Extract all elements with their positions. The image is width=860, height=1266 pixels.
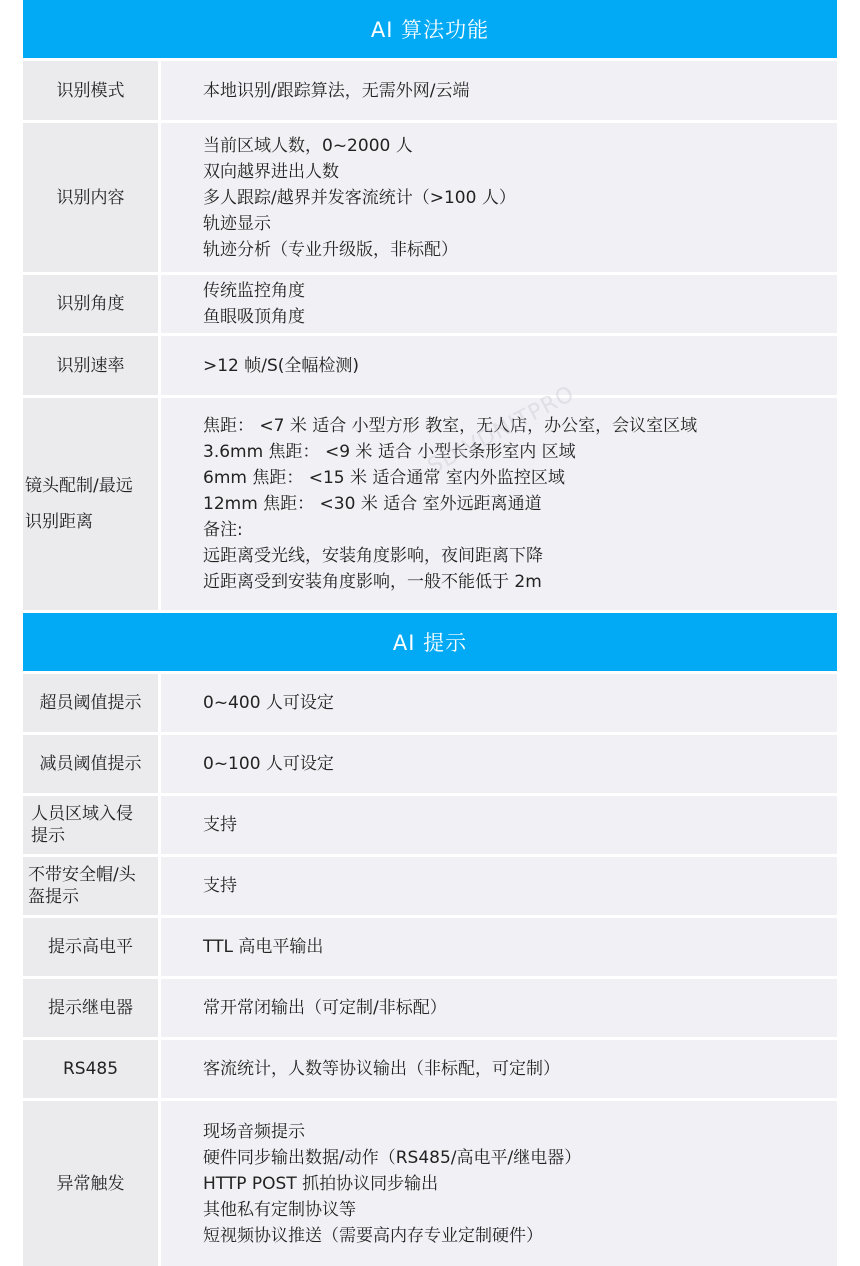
value-line: 硬件同步输出数据/动作（RS485/高电平/继电器） — [203, 1145, 837, 1171]
value-line: 传统监控角度 — [203, 278, 837, 304]
label-text: RS485 — [63, 1057, 118, 1081]
value-line: 客流统计，人数等协议输出（非标配，可定制） — [203, 1056, 837, 1082]
row-label: 识别内容 — [23, 123, 158, 272]
row-overcapacity-alert: 超员阈值提示 0~400 人可设定 — [23, 674, 837, 732]
label-text: 识别距离 — [25, 504, 133, 540]
row-lens-distance: 镜头配制/最远 识别距离 焦距： <7 米 适合 小型方形 教室，无人店，办公室… — [23, 398, 837, 610]
value-line: 远距离受光线，安装角度影响，夜间距离下降 — [203, 543, 837, 569]
row-high-level-alert: 提示高电平 TTL 高电平输出 — [23, 918, 837, 976]
row-value: 本地识别/跟踪算法，无需外网/云端 — [161, 61, 837, 120]
label-text: 减员阈值提示 — [40, 752, 142, 776]
value-line: 6mm 焦距： <15 米 适合通常 室内外监控区域 — [203, 465, 837, 491]
label-text: 提示继电器 — [48, 996, 133, 1020]
value-line: 0~400 人可设定 — [203, 690, 837, 716]
row-label: 识别模式 — [23, 61, 158, 120]
row-value: 常开常闭输出（可定制/非标配） — [161, 979, 837, 1037]
label-text: 识别内容 — [57, 186, 125, 210]
label-text: 人员区域入侵 — [31, 803, 133, 825]
row-label: RS485 — [23, 1040, 158, 1098]
label-text: 不带安全帽/头 — [28, 864, 136, 886]
label-text: 识别模式 — [57, 79, 125, 103]
row-value: 支持 — [161, 796, 837, 854]
label-text: 异常触发 — [57, 1172, 125, 1196]
value-line: 当前区域人数，0~2000 人 — [203, 133, 837, 159]
row-value: >12 帧/S(全幅检测) — [161, 336, 837, 395]
value-line: TTL 高电平输出 — [203, 934, 837, 960]
row-value: TTL 高电平输出 — [161, 918, 837, 976]
value-line: 近距离受到安装角度影响，一般不能低于 2m — [203, 569, 837, 595]
value-line: 0~100 人可设定 — [203, 751, 837, 777]
value-line: 轨迹分析（专业升级版，非标配） — [203, 237, 837, 263]
label-text: 镜头配制/最远 — [25, 468, 133, 504]
value-line: 本地识别/跟踪算法，无需外网/云端 — [203, 78, 837, 104]
value-line: 双向越界进出人数 — [203, 159, 837, 185]
row-recognition-mode: 识别模式 本地识别/跟踪算法，无需外网/云端 — [23, 61, 837, 120]
row-undercapacity-alert: 减员阈值提示 0~100 人可设定 — [23, 735, 837, 793]
row-label: 不带安全帽/头 盔提示 — [23, 857, 158, 915]
label-text: 盔提示 — [28, 886, 136, 908]
value-line: 现场音频提示 — [203, 1119, 837, 1145]
row-value: 0~400 人可设定 — [161, 674, 837, 732]
label-text: 提示 — [31, 825, 133, 847]
value-line: HTTP POST 抓拍协议同步输出 — [203, 1171, 837, 1197]
spec-table: AI 算法功能 识别模式 本地识别/跟踪算法，无需外网/云端 识别内容 当前区域… — [23, 0, 837, 1266]
row-intrusion-alert: 人员区域入侵 提示 支持 — [23, 796, 837, 854]
row-value: 传统监控角度 鱼眼吸顶角度 — [161, 275, 837, 333]
label-text: 提示高电平 — [48, 935, 133, 959]
row-label: 识别角度 — [23, 275, 158, 333]
row-label: 异常触发 — [23, 1101, 158, 1266]
section-header-ai-algorithm: AI 算法功能 — [23, 0, 837, 58]
section-header-ai-alerts: AI 提示 — [23, 613, 837, 671]
row-value: 现场音频提示 硬件同步输出数据/动作（RS485/高电平/继电器） HTTP P… — [161, 1101, 837, 1266]
value-line: 轨迹显示 — [203, 211, 837, 237]
row-label: 超员阈值提示 — [23, 674, 158, 732]
row-helmet-alert: 不带安全帽/头 盔提示 支持 — [23, 857, 837, 915]
value-line: >12 帧/S(全幅检测) — [203, 353, 837, 379]
label-text: 超员阈值提示 — [40, 691, 142, 715]
row-rs485: RS485 客流统计，人数等协议输出（非标配，可定制） — [23, 1040, 837, 1098]
value-line: 其他私有定制协议等 — [203, 1197, 837, 1223]
label-text: 识别角度 — [57, 292, 125, 316]
value-line: 焦距： <7 米 适合 小型方形 教室，无人店，办公室，会议室区域 — [203, 413, 837, 439]
value-line: 12mm 焦距： <30 米 适合 室外远距离通道 — [203, 491, 837, 517]
row-value: 客流统计，人数等协议输出（非标配，可定制） — [161, 1040, 837, 1098]
row-recognition-content: 识别内容 当前区域人数，0~2000 人 双向越界进出人数 多人跟踪/越界并发客… — [23, 123, 837, 272]
row-label: 提示继电器 — [23, 979, 158, 1037]
value-line: 3.6mm 焦距： <9 米 适合 小型长条形室内 区域 — [203, 439, 837, 465]
value-line: 常开常闭输出（可定制/非标配） — [203, 995, 837, 1021]
label-text: 识别速率 — [57, 354, 125, 378]
row-recognition-rate: 识别速率 >12 帧/S(全幅检测) — [23, 336, 837, 395]
row-value: 0~100 人可设定 — [161, 735, 837, 793]
row-relay-alert: 提示继电器 常开常闭输出（可定制/非标配） — [23, 979, 837, 1037]
row-label: 识别速率 — [23, 336, 158, 395]
row-label: 提示高电平 — [23, 918, 158, 976]
value-line: 备注: — [203, 517, 837, 543]
row-anomaly-trigger: 异常触发 现场音频提示 硬件同步输出数据/动作（RS485/高电平/继电器） H… — [23, 1101, 837, 1266]
row-value: 焦距： <7 米 适合 小型方形 教室，无人店，办公室，会议室区域 3.6mm … — [161, 398, 837, 610]
value-line: 支持 — [203, 873, 837, 899]
value-line: 鱼眼吸顶角度 — [203, 304, 837, 330]
row-label: 镜头配制/最远 识别距离 — [23, 398, 158, 610]
value-line: 多人跟踪/越界并发客流统计（>100 人） — [203, 185, 837, 211]
row-label: 人员区域入侵 提示 — [23, 796, 158, 854]
value-line: 支持 — [203, 812, 837, 838]
row-label: 减员阈值提示 — [23, 735, 158, 793]
row-recognition-angle: 识别角度 传统监控角度 鱼眼吸顶角度 — [23, 275, 837, 333]
row-value: 支持 — [161, 857, 837, 915]
value-line: 短视频协议推送（需要高内存专业定制硬件） — [203, 1223, 837, 1249]
row-value: 当前区域人数，0~2000 人 双向越界进出人数 多人跟踪/越界并发客流统计（>… — [161, 123, 837, 272]
